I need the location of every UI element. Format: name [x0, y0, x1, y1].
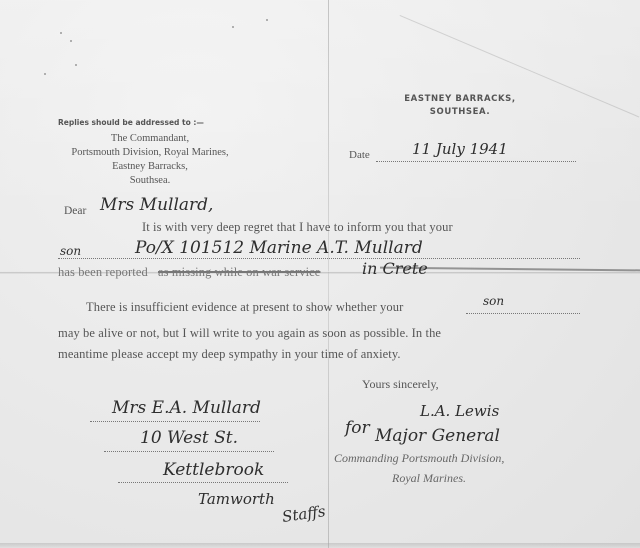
- date-value: 11 July 1941: [412, 140, 508, 158]
- vertical-fold-crease: [328, 0, 329, 548]
- reply-address-line: Southsea.: [20, 174, 280, 188]
- ink-speck: [266, 19, 268, 21]
- date-label: Date: [349, 149, 370, 161]
- valediction: Yours sincerely,: [362, 377, 439, 392]
- printed-title-line-1: Commanding Portsmouth Division,: [334, 451, 504, 466]
- ink-speck: [60, 32, 62, 34]
- service-details: Po/X 101512 Marine A.T. Mullard: [135, 238, 423, 258]
- para2-relation-handwritten: son: [483, 294, 504, 308]
- recipient-county: Staffs: [281, 502, 327, 526]
- body-line-3-struck: as missing while on war service: [158, 265, 320, 280]
- recipient-street-dotted-line: [104, 451, 274, 452]
- location-line-2: SOUTHSEA.: [385, 106, 535, 119]
- location-line-1: EASTNEY BARRACKS,: [385, 93, 535, 106]
- salutation-name: Mrs Mullard,: [100, 195, 213, 215]
- signature-for-prefix: for: [345, 418, 370, 438]
- date-dotted-line: [376, 161, 576, 162]
- ink-speck: [75, 64, 77, 66]
- ink-speck: [44, 73, 46, 75]
- recipient-name-dotted-line: [90, 421, 260, 422]
- reply-address-line: The Commandant,: [20, 132, 280, 146]
- body-line-3-printed: has been reported: [58, 265, 148, 280]
- letter-document: Replies should be addressed to :— The Co…: [0, 0, 640, 548]
- body-line-3-handwritten: in Crete: [362, 259, 428, 278]
- replies-label: Replies should be addressed to :—: [58, 118, 204, 127]
- recipient-locality: Kettlebrook: [163, 460, 264, 480]
- ink-speck: [232, 26, 234, 28]
- reply-address-line: Portsmouth Division, Royal Marines,: [20, 146, 280, 160]
- recipient-town: Tamworth: [198, 490, 275, 508]
- paper-bottom-edge: [0, 543, 640, 548]
- location-header: EASTNEY BARRACKS, SOUTHSEA.: [385, 93, 535, 119]
- signature-title: Major General: [375, 426, 500, 446]
- para2-line-3: meantime please accept my deep sympathy …: [58, 347, 401, 362]
- relation-handwritten: son: [60, 244, 81, 258]
- para2-line-1: There is insufficient evidence at presen…: [86, 300, 403, 315]
- body-line-1: It is with very deep regret that I have …: [142, 220, 453, 235]
- para2-relation-dotted-line: [466, 313, 580, 314]
- recipient-name: Mrs E.A. Mullard: [112, 398, 261, 418]
- recipient-locality-dotted-line: [118, 482, 288, 483]
- para2-line-2: may be alive or not, but I will write to…: [58, 326, 441, 341]
- salutation-label: Dear: [64, 205, 86, 217]
- signature: L.A. Lewis: [420, 402, 499, 420]
- service-details-dotted-line: [58, 258, 580, 259]
- recipient-street: 10 West St.: [140, 428, 238, 448]
- ink-speck: [70, 40, 72, 42]
- printed-title-line-2: Royal Marines.: [392, 471, 466, 486]
- reply-address-line: Eastney Barracks,: [20, 160, 280, 174]
